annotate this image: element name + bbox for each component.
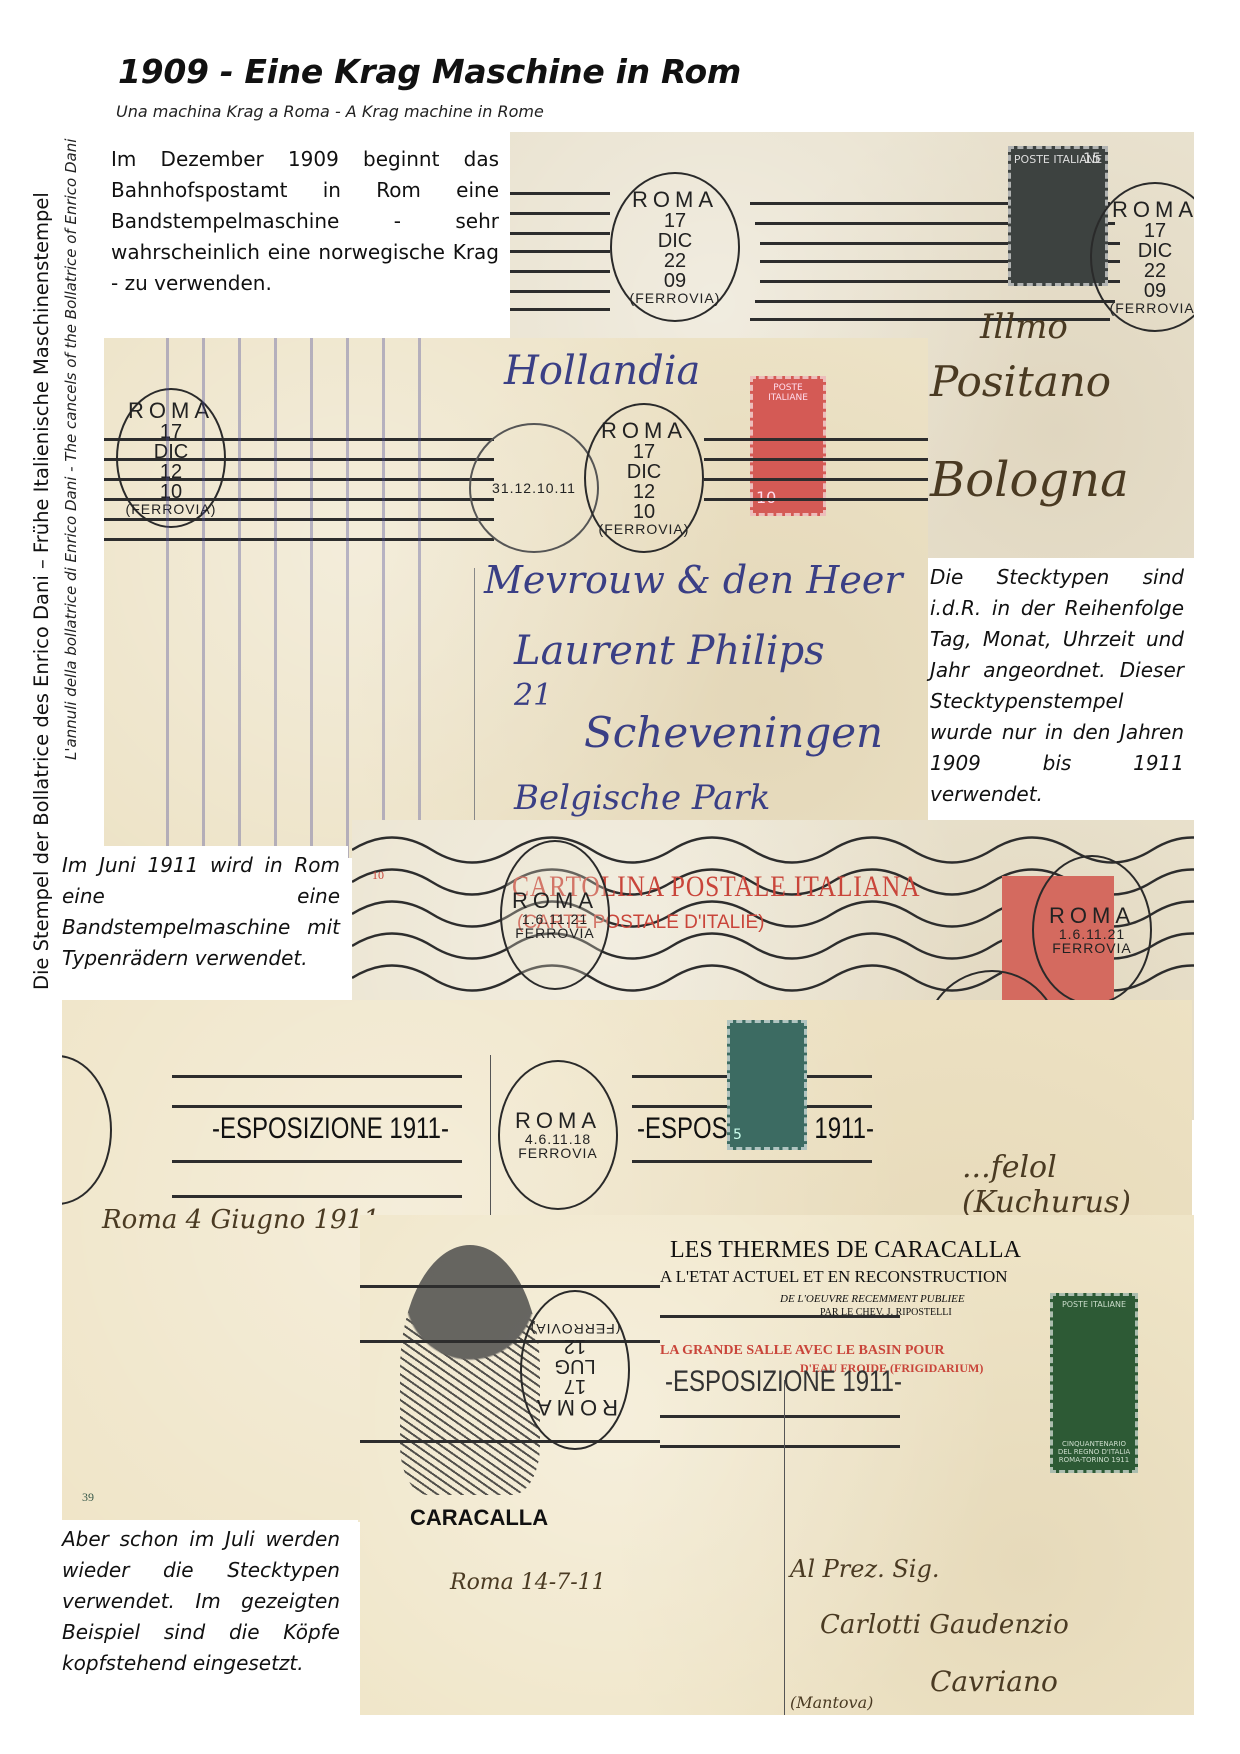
- postmark-roma-1911-left: ROMA 1.6.11.21 FERROVIA: [500, 840, 610, 990]
- side-main-title: Die Stempel der Bollatrice des Enrico Da…: [30, 50, 53, 990]
- bust-label: CARACALLA: [410, 1505, 548, 1531]
- handwriting-al-prez: Al Prez. Sig.: [790, 1555, 939, 1583]
- page-title: 1909 - Eine Krag Maschine in Rom: [118, 52, 741, 91]
- juli-paragraph: Aber schon im Juli werden wieder die Ste…: [62, 1524, 340, 1679]
- handwriting-note: 21: [514, 678, 552, 713]
- juni-paragraph: Im Juni 1911 wird in Rom eine eine Bands…: [62, 850, 340, 974]
- card-subtitle: A L'ETAT ACTUEL ET EN RECONSTRUCTION: [660, 1267, 1008, 1287]
- handwriting-belgische-park: Belgische Park: [514, 778, 770, 818]
- page-subtitle: Una machina Krag a Roma - A Krag machine…: [116, 102, 544, 121]
- handwriting-positano: Positano: [930, 357, 1111, 406]
- credit-1: DE L'OEUVRE RECEMMENT PUBLIEE: [780, 1293, 965, 1305]
- handwriting-bologna: Bologna: [930, 452, 1129, 508]
- red-caption-1: LA GRANDE SALLE AVEC LE BASIN POUR: [660, 1343, 944, 1359]
- handwriting-name: Carlotti Gaudenzio: [820, 1610, 1069, 1640]
- handwriting-province: (Mantova): [790, 1693, 873, 1712]
- handwriting-mevrouw: Mevrouw & den Heer: [484, 558, 903, 602]
- handwriting-hollandia: Hollandia: [504, 348, 700, 394]
- card-title: LES THERMES DE CARACALLA: [670, 1237, 1021, 1264]
- postmark-roma-inverted: ROMA 17 LUG 12 (FERROVIA): [520, 1290, 630, 1450]
- postmark-roma-partial: [62, 1055, 112, 1205]
- card-number: 39: [82, 1490, 94, 1505]
- slogan-left: -ESPOSIZIONE 1911-: [212, 1112, 449, 1146]
- handwriting-scheveningen: Scheveningen: [584, 708, 883, 757]
- postcard-1910-image: ROMA 17 DIC 12 10 (FERROVIA) 31.12.10.11…: [104, 338, 928, 858]
- handwriting-address: ...felol (Kuchurus): [962, 1150, 1192, 1220]
- postmark-roma-1909: ROMA 17 DIC 22 09 (FERROVIA): [610, 172, 740, 322]
- stecktypen-paragraph: Die Stecktypen sind i.d.R. in der Reihen…: [930, 562, 1184, 810]
- intro-paragraph: Im Dezember 1909 beginnt das Bahnhofspos…: [111, 144, 499, 299]
- handwriting-roma-giugno: Roma 4 Giugno 1911: [102, 1205, 380, 1235]
- handwriting-illmo: Illmo: [980, 307, 1068, 347]
- stamp-5-cent-green: 5: [727, 1020, 807, 1150]
- transit-mark: 31.12.10.11: [469, 423, 599, 553]
- handwriting-date: Roma 14-7-11: [450, 1570, 606, 1595]
- postmark-roma-1911-right: ROMA 1.6.11.21 FERROVIA: [1032, 855, 1152, 1005]
- caracalla-bust-illustration: [400, 1245, 540, 1495]
- postmark-roma-4-6-11: ROMA 4.6.11.18 FERROVIA: [498, 1060, 618, 1210]
- handwriting-city: Cavriano: [930, 1665, 1058, 1698]
- corner-value: 10: [372, 868, 384, 883]
- handwritten-message: [144, 338, 444, 858]
- side-subtitle: L'annuli della bollatrice di Enrico Dani…: [62, 40, 80, 760]
- stamp-cinquantenario: POSTE ITALIANE CINQUANTENARIO DEL REGNO …: [1050, 1293, 1138, 1473]
- stamp-10-cent: POSTE ITALIANE 10: [750, 376, 826, 516]
- handwriting-laurent-philips: Laurent Philips: [514, 628, 825, 674]
- caracalla-card-image: CARACALLA LES THERMES DE CARACALLA A L'E…: [360, 1215, 1194, 1715]
- postmark-roma-1910: ROMA 17 DIC 12 10 (FERROVIA): [584, 403, 704, 553]
